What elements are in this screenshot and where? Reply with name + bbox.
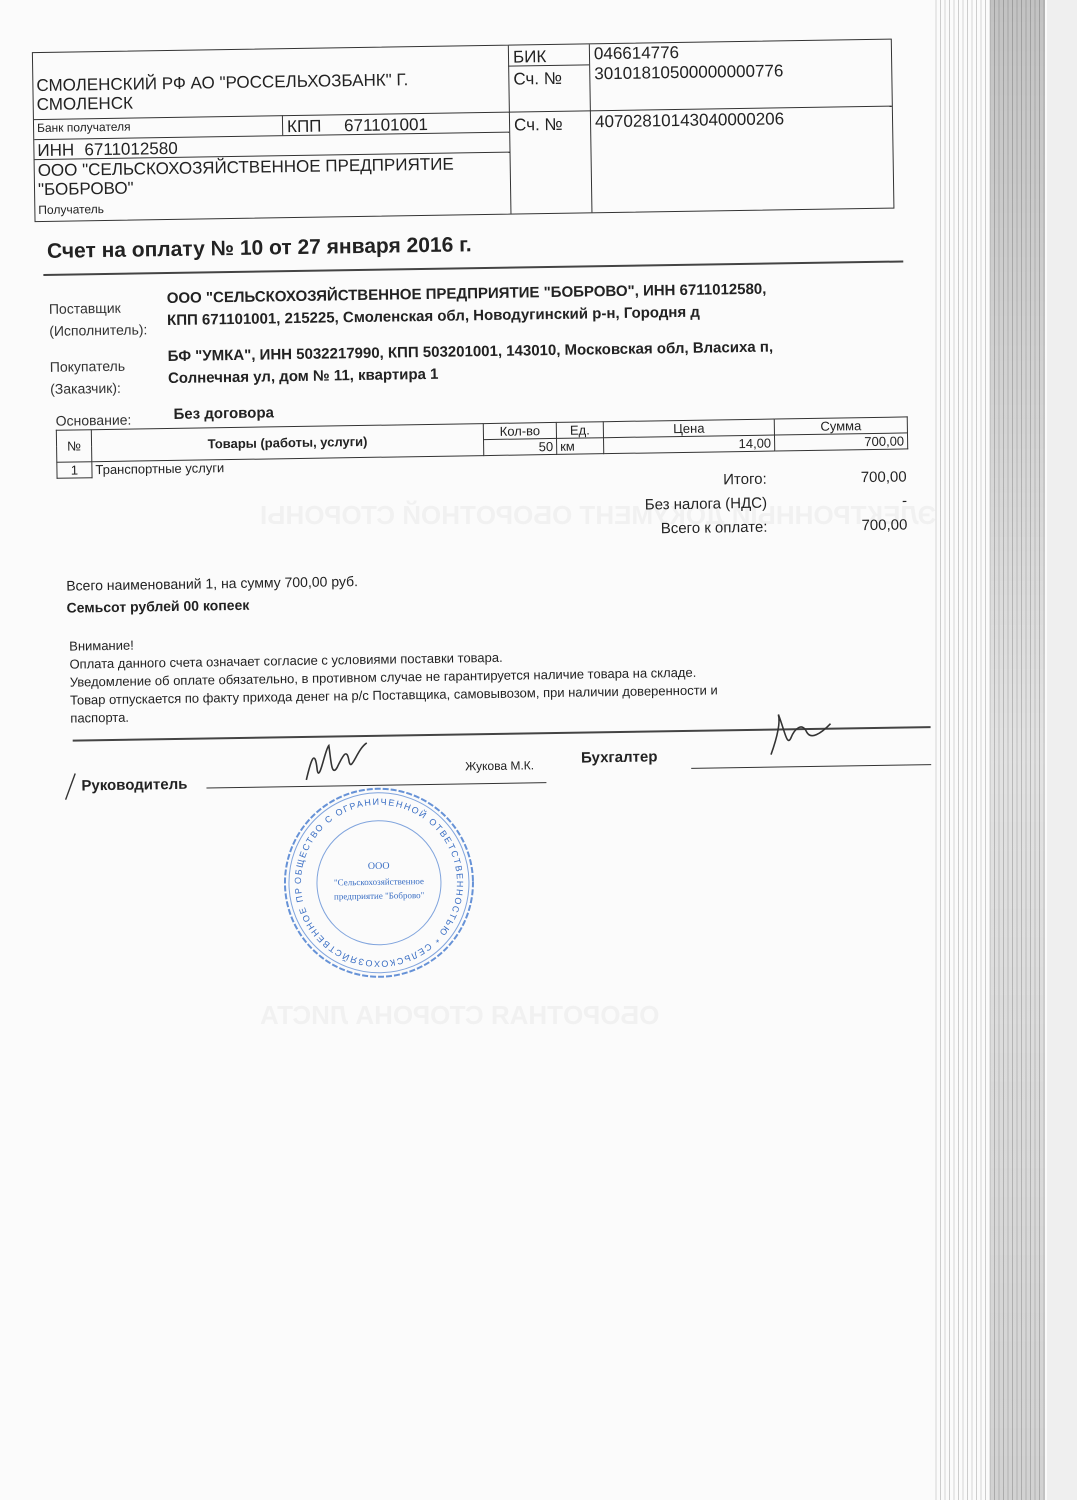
row-num: 1	[57, 462, 92, 479]
bank-details-table: СМОЛЕНСКИЙ РФ АО "РОССЕЛЬХОЗБАНК" Г. СМО…	[32, 39, 895, 222]
supplier-label: Поставщик	[49, 299, 121, 319]
account-label: Сч. №	[514, 115, 563, 135]
row-unit: км	[557, 438, 604, 455]
buyer-label: Покупатель	[50, 357, 126, 377]
accountant-signature	[750, 710, 841, 761]
notice-line: паспорта.	[70, 709, 129, 728]
kpp-label: КПП	[287, 117, 322, 137]
vat-value: -	[902, 492, 907, 509]
handwritten-slash	[61, 771, 81, 801]
scan-artifact-shadow	[990, 0, 1045, 1500]
accountant-label: Бухгалтер	[581, 748, 658, 766]
row-price: 14,00	[604, 435, 775, 454]
col-unit-header: Ед.	[556, 422, 603, 439]
scanned-page: ЭЛЕКТРОННЫЙ ДОКУМЕНТ ОБОРОТНОЙ СТОРОНЫ О…	[0, 0, 1077, 1500]
scan-margin	[1047, 0, 1077, 1500]
corr-account-value: 30101810500000000776	[594, 61, 783, 83]
col-qty-header: Кол-во	[483, 422, 556, 439]
vat-row: Без налога (НДС) -	[567, 492, 907, 497]
notice-heading: Внимание!	[69, 637, 134, 656]
inn-value: 6711012580	[84, 139, 178, 159]
col-num-header: №	[56, 430, 91, 463]
inn-label: ИНН	[37, 140, 74, 160]
total-label: Итого:	[723, 471, 767, 489]
due-value: 700,00	[861, 516, 907, 534]
title-divider	[43, 260, 903, 276]
kpp-value: 671101001	[344, 115, 428, 135]
recipient-label: Получатель	[38, 202, 104, 217]
corr-account-label: Сч. №	[513, 69, 562, 89]
supplier-sublabel: (Исполнитель):	[49, 320, 147, 341]
recipient-name: ООО "СЕЛЬСКОХОЗЯЙСТВЕННОЕ ПРЕДПРИЯТИЕ "Б…	[38, 154, 499, 199]
amount-in-words: Семьсот рублей 00 копеек	[66, 597, 249, 616]
due-row: Всего к оплате: 700,00	[567, 516, 907, 521]
director-signature	[301, 739, 372, 790]
bik-label: БИК	[513, 47, 547, 67]
row-qty: 50	[484, 438, 557, 455]
vat-label: Без налога (НДС)	[645, 495, 768, 514]
stamp-center-line: "Сельскохозяйственное	[334, 876, 424, 887]
stamp-center-line: ООО	[368, 861, 390, 872]
total-value: 700,00	[861, 468, 907, 486]
bank-label: Банк получателя	[37, 120, 131, 135]
due-label: Всего к оплате:	[661, 519, 768, 538]
accountant-signature-line	[691, 764, 931, 769]
row-sum: 700,00	[774, 433, 907, 451]
invoice-title: Счет на оплату № 10 от 27 января 2016 г.	[47, 233, 472, 264]
invoice-document: СМОЛЕНСКИЙ РФ АО "РОССЕЛЬХОЗБАНК" Г. СМО…	[0, 0, 963, 1500]
buyer-sublabel: (Заказчик):	[50, 379, 121, 399]
items-count-summary: Всего наименований 1, на сумму 700,00 ру…	[66, 573, 358, 594]
director-label: Руководитель	[81, 776, 187, 795]
account-value: 40702810143040000206	[595, 109, 784, 131]
bank-name: СМОЛЕНСКИЙ РФ АО "РОССЕЛЬХОЗБАНК" Г. СМО…	[36, 69, 507, 114]
bik-value: 046614776	[594, 43, 679, 63]
director-name: Жукова М.К.	[465, 758, 534, 773]
company-stamp: ОБЩЕСТВО С ОГРАНИЧЕННОЙ ОТВЕТСТВЕННОСТЬЮ…	[279, 783, 478, 982]
stamp-center-line: предприятие "Боброво"	[334, 890, 425, 901]
basis-label: Основание:	[56, 411, 132, 431]
